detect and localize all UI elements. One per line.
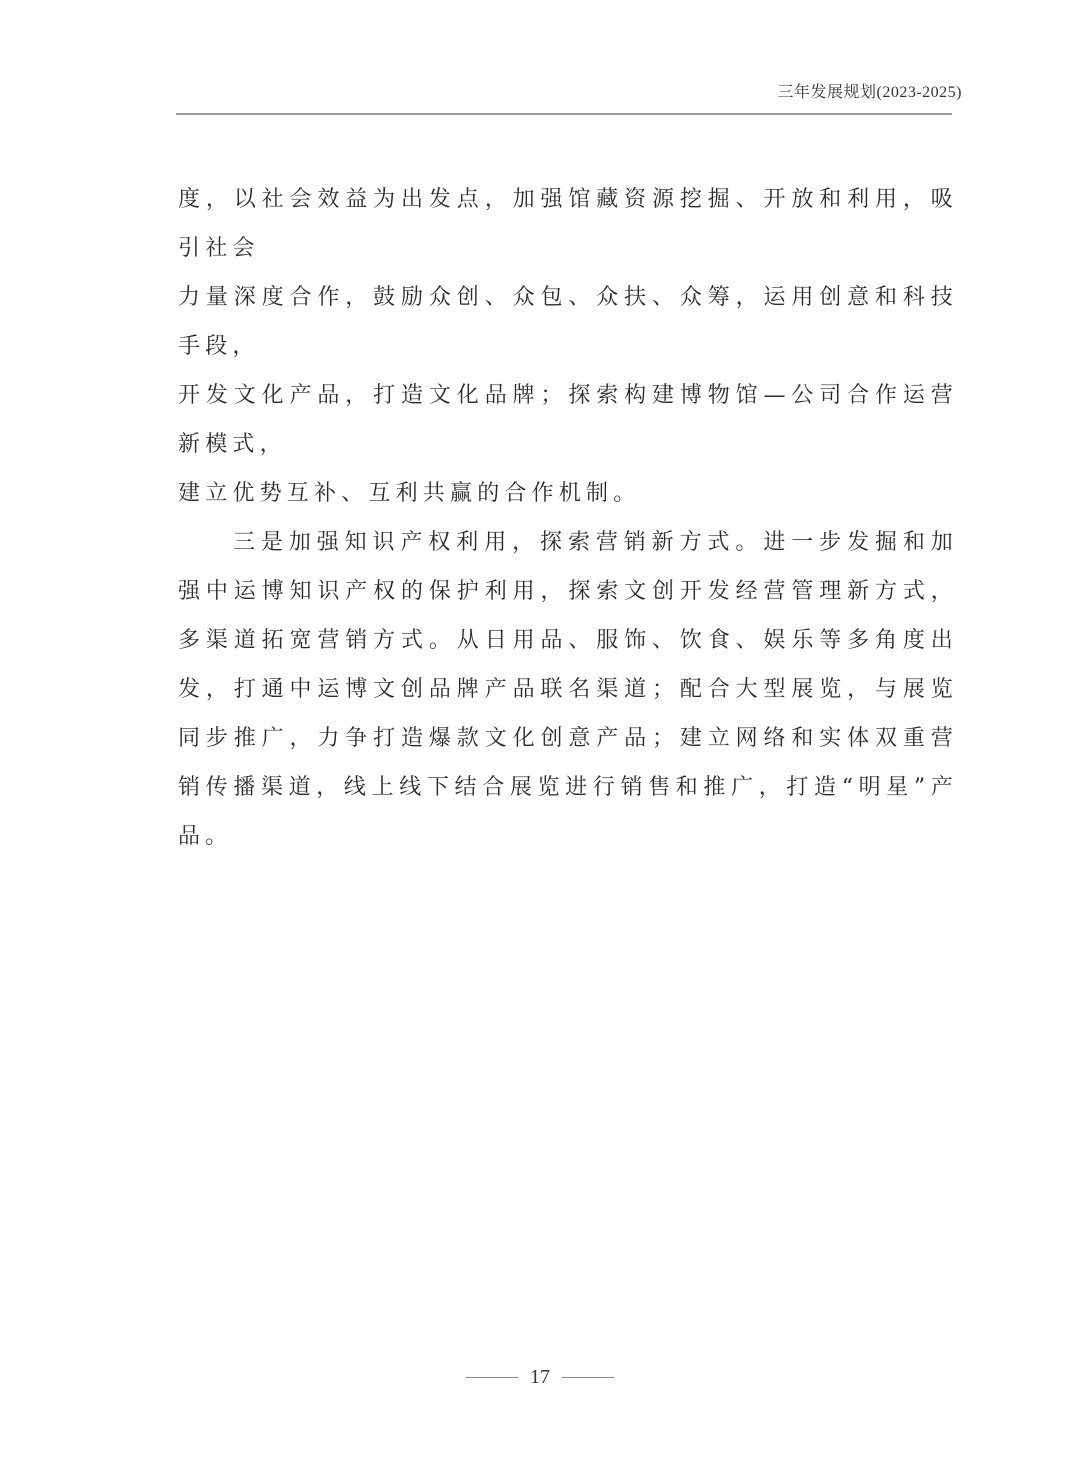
footer-rule-right [562,1377,614,1379]
paragraph-line: 建立优势互补、互利共赢的合作机制。 [178,481,640,506]
paragraph-line: 开发文化产品，打造文化品牌；探索构建博物馆—公司合作运营新模式， [178,383,958,457]
header-divider [176,113,952,115]
paragraph-line: 力量深度合作，鼓励众创、众包、众扶、众筹，运用创意和科技手段， [178,285,958,359]
document-title: 三年发展规划 [778,82,877,101]
paragraph-line: 度，以社会效益为出发点，加强馆藏资源挖掘、开放和利用，吸引社会 [178,187,958,261]
running-header: 三年发展规划(2023-2025) [778,79,963,102]
paragraph-ip-marketing: 三是加强知识产权利用，探索营销新方式。进一步发掘和加强中运博知识产权的保护利用，… [178,518,958,861]
footer-rule-left [466,1377,518,1379]
page-number: 17 [530,1366,550,1389]
document-years: (2023-2025) [877,84,962,101]
body-text: 度，以社会效益为出发点，加强馆藏资源挖掘、开放和利用，吸引社会 力量深度合作，鼓… [178,175,958,861]
paragraph-continued: 度，以社会效益为出发点，加强馆藏资源挖掘、开放和利用，吸引社会 力量深度合作，鼓… [178,175,958,518]
page-footer: 17 [0,1366,1080,1389]
